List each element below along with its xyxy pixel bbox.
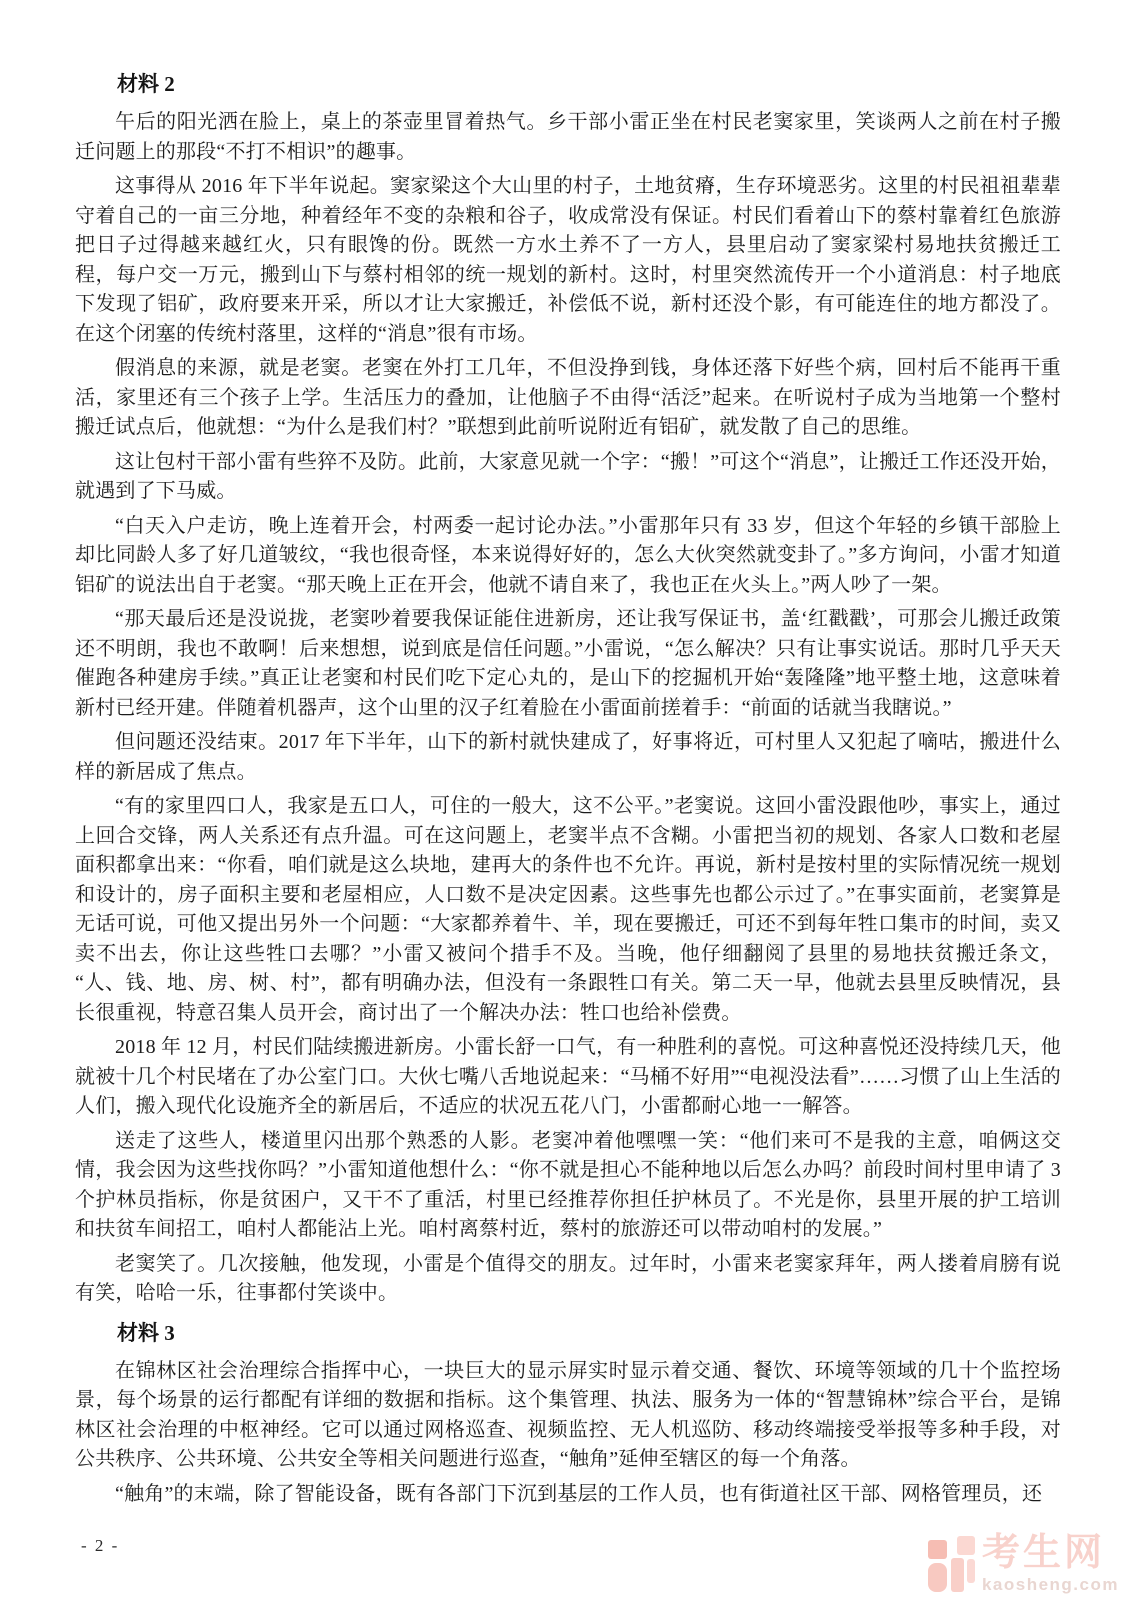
material-2-heading: 材料 2: [75, 68, 1061, 98]
watermark-text: 考生网 kaosheng.com: [982, 1530, 1119, 1595]
logo-block: [967, 1559, 975, 1583]
paragraph: “白天入户走访，晚上连着开会，村两委一起讨论办法。”小雷那年只有 33 岁，但这…: [75, 512, 1061, 601]
paragraph: 但问题还没结束。2017 年下半年，山下的新村就快建成了，好事将近，可村里人又犯…: [75, 728, 1061, 787]
logo-block: [928, 1540, 947, 1559]
paragraph: “那天最后还是没说拢，老窦吵着要我保证能住进新房，还让我写保证书，盖‘红戳戳’，…: [75, 605, 1061, 723]
paragraph: 2018 年 12 月，村民们陆续搬进新房。小雷长舒一口气，有一种胜利的喜悦。可…: [75, 1033, 1061, 1122]
paragraph: 这让包村干部小雷有些猝不及防。此前，大家意见就一个字：“搬！”可这个“消息”，让…: [75, 448, 1061, 507]
logo-block: [951, 1558, 964, 1592]
paragraph: “有的家里四口人，我家是五口人，可住的一般大，这不公平。”老窦说。这回小雷没跟他…: [75, 792, 1061, 1028]
paragraph: 这事得从 2016 年下半年说起。窦家梁这个大山里的村子，土地贫瘠，生存环境恶劣…: [75, 172, 1061, 349]
page-number: - 2 -: [81, 1536, 119, 1556]
watermark: 考生网 kaosheng.com: [920, 1530, 1119, 1596]
document-page: 材料 2 午后的阳光洒在脸上，桌上的茶壶里冒着热气。乡干部小雷正坐在村民老窦家里…: [0, 0, 1131, 1600]
paragraph: 假消息的来源，就是老窦。老窦在外打工几年，不但没挣到钱，身体还落下好些个病，回村…: [75, 354, 1061, 443]
watermark-brand-name: 考生网: [982, 1534, 1105, 1572]
logo-block: [928, 1563, 947, 1592]
content-area: 材料 2 午后的阳光洒在脸上，桌上的茶壶里冒着热气。乡干部小雷正坐在村民老窦家里…: [75, 60, 1061, 1514]
paragraph: 送走了这些人，楼道里闪出那个熟悉的人影。老窦冲着他嘿嘿一笑：“他们来可不是我的主…: [75, 1127, 1061, 1245]
watermark-domain: kaosheng.com: [982, 1575, 1119, 1595]
kaosheng-logo-icon: [920, 1530, 976, 1596]
paragraph: 在锦林区社会治理综合指挥中心，一块巨大的显示屏实时显示着交通、餐饮、环境等领域的…: [75, 1357, 1061, 1475]
paragraph: 午后的阳光洒在脸上，桌上的茶壶里冒着热气。乡干部小雷正坐在村民老窦家里，笑谈两人…: [75, 108, 1061, 167]
paragraph: 老窦笑了。几次接触，他发现，小雷是个值得交的朋友。过年时，小雷来老窦家拜年，两人…: [75, 1250, 1061, 1309]
material-3-heading: 材料 3: [75, 1317, 1061, 1347]
logo-block: [957, 1536, 975, 1555]
paragraph: “触角”的末端，除了智能设备，既有各部门下沉到基层的工作人员，也有街道社区干部、…: [75, 1480, 1061, 1510]
